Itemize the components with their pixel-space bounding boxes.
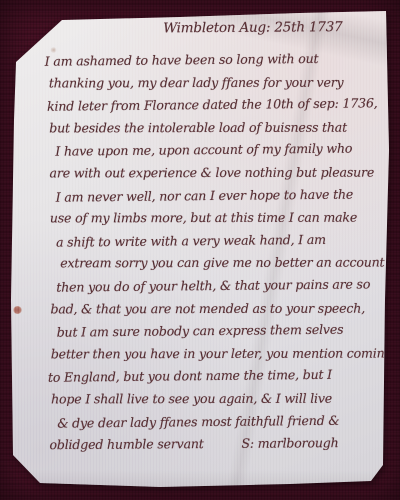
letter-line: better then you have in your leter, you … [51,342,383,365]
letter-paper: Wimbleton Aug: 25th 1737 I am ashamed to… [0,0,400,500]
letter-line: use of my limbs more, but at this time I… [50,207,382,230]
letter-closing: oblidged humble servant [49,436,203,452]
letter-line: a shift to write with a very weak hand, … [56,228,382,254]
letter-line: I have upon me, upon account of my famil… [55,138,381,164]
letter-line: I am never well, nor can I ever hope to … [56,183,382,209]
letter-line: bad, & that you are not mended as to you… [50,297,382,320]
letter-line: thanking you, my dear lady ffanes for yo… [49,71,381,94]
letter-line: but I am sure nobody can express them se… [57,318,383,344]
letter-dateline: Wimbleton Aug: 25th 1737 [42,19,380,37]
letter-line: hope I shall live to see you again, & I … [51,387,383,410]
letter-closing-line: oblidged humble servant S: marlborough [49,432,383,457]
handwritten-letter: Wimbleton Aug: 25th 1737 I am ashamed to… [42,19,383,457]
letter-line: but besides the intolerable load of buis… [49,116,381,139]
letter-paper-shadow: Wimbleton Aug: 25th 1737 I am ashamed to… [0,0,400,500]
letter-line: to England, but you dont name the time, … [48,364,383,390]
letter-line: & dye dear lady ffanes most faithfull fr… [57,409,383,435]
letter-signature: S: marlborough [241,435,338,451]
photo-background: Wimbleton Aug: 25th 1737 I am ashamed to… [0,0,400,500]
ink-stain [13,306,22,314]
letter-line: kind leter from Florance dated the 10th … [47,92,381,118]
letter-line: are with out experience & love nothing b… [50,162,382,185]
letter-line: extream sorry you can give me no better … [60,252,382,275]
letter-line: then you do of your helth, & that your p… [56,273,382,299]
letter-line: I am ashamed to have been so long with o… [45,47,381,73]
